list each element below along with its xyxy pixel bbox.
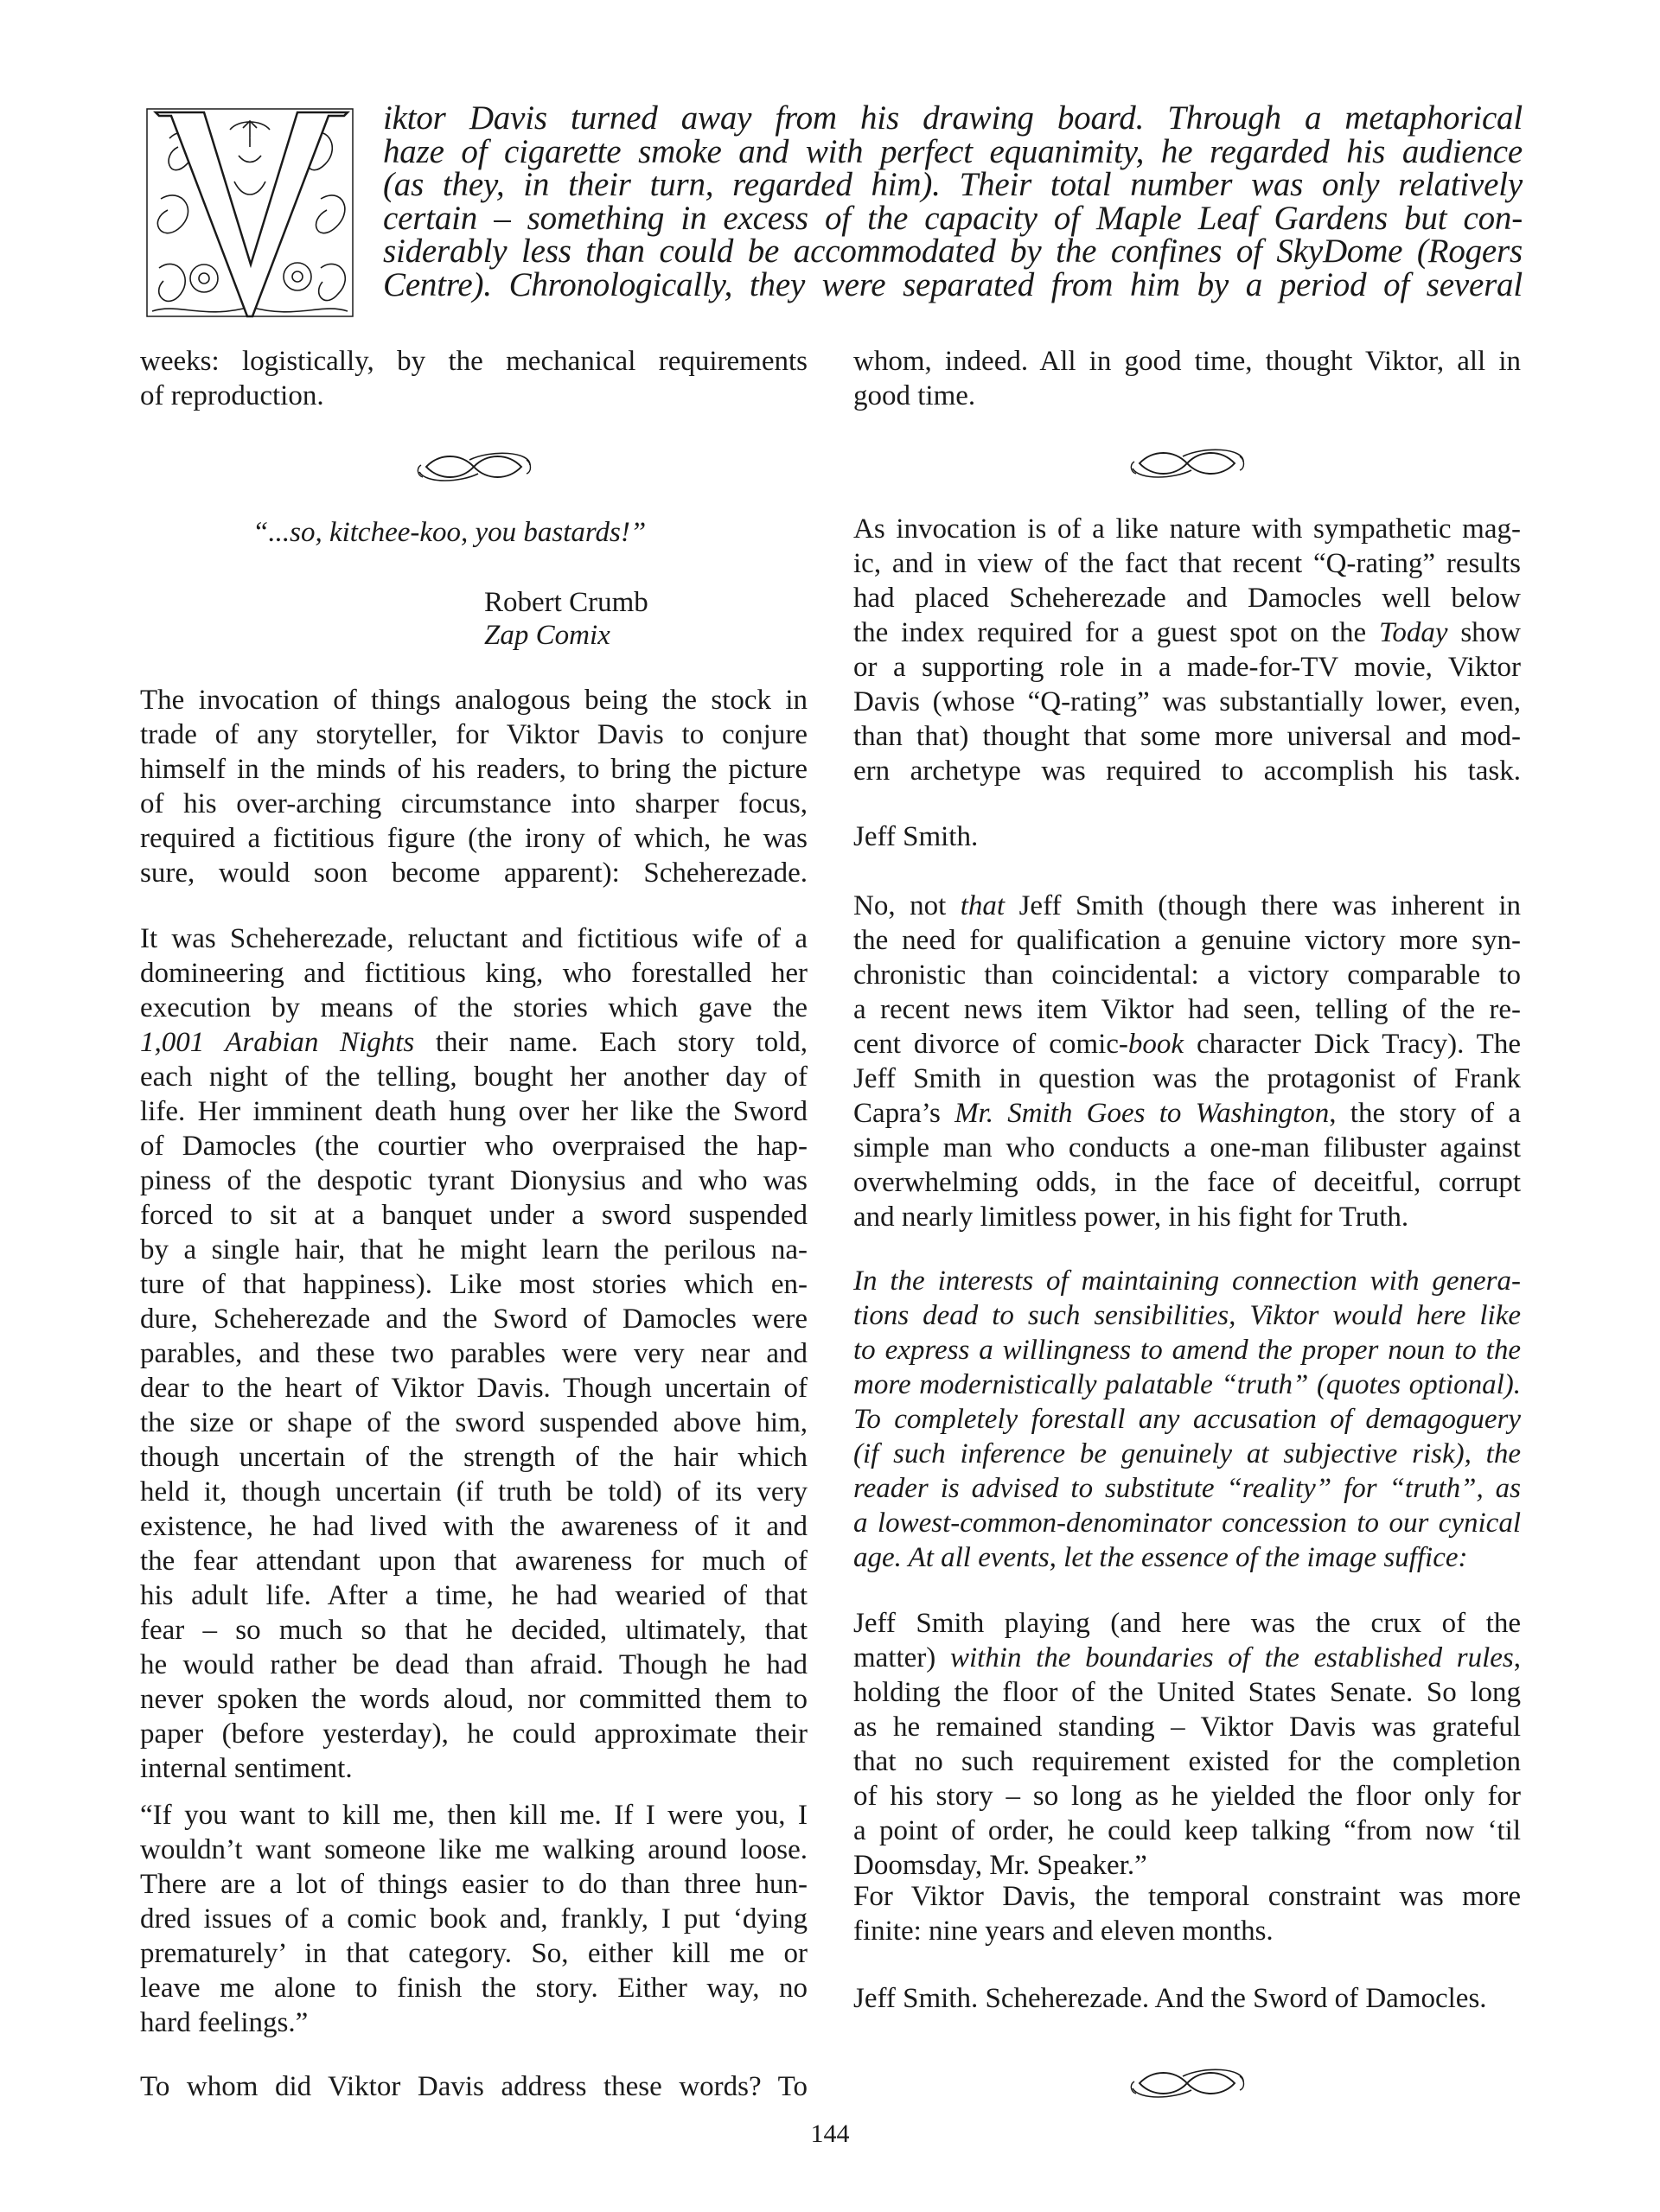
- text-line: leave me alone to finish the story. Eith…: [140, 1971, 808, 2005]
- lead-line: Centre). Chronologically, they were sepa…: [383, 269, 1523, 303]
- text-line: had placed Scheherezade and Damocles wel…: [853, 581, 1521, 615]
- right-p7: For Viktor Davis, the temporal constrain…: [853, 1879, 1521, 1948]
- emphasis: within the boundaries of the established…: [950, 1642, 1514, 1673]
- text-line: simple man who conducts a one-man filibu…: [853, 1131, 1521, 1165]
- text-line: To whom did Viktor Davis address these w…: [140, 2069, 808, 2104]
- svg-text:V: V: [250, 137, 251, 139]
- text-line: himself in the minds of his readers, to …: [140, 752, 808, 787]
- text-line: There are a lot of things easier to do t…: [140, 1867, 808, 1902]
- text-line: than that) thought that some more univer…: [853, 719, 1521, 754]
- epigraph-attribution: Robert Crumb Zap Comix: [484, 586, 795, 652]
- text-line: as he remained standing – Viktor Davis w…: [853, 1710, 1521, 1744]
- text-line: held it, though uncertain (if truth be t…: [140, 1475, 808, 1509]
- text-line: a lowest-common-denominator concession t…: [853, 1506, 1521, 1540]
- emphasis: book: [1128, 1029, 1184, 1060]
- text-line: he would rather be dead than afraid. Tho…: [140, 1648, 808, 1682]
- text-fragment: their name. Each story told,: [436, 1027, 808, 1058]
- text-line: overwhelming odds, in the face of deceit…: [853, 1165, 1521, 1200]
- text-line: cent divorce of comic-book character Dic…: [853, 1027, 1521, 1061]
- epigraph-quote: “...so, kitchee-koo, you bastards!”: [252, 517, 858, 549]
- text-fragment: matter): [853, 1642, 950, 1673]
- text-line: and nearly limitless power, in his fight…: [853, 1200, 1521, 1234]
- lead-line: (as they, in their turn, regarded him). …: [383, 169, 1523, 202]
- text-line: of his story – so long as he yielded the…: [853, 1779, 1521, 1814]
- left-p3: It was Scheherezade, reluctant and ficti…: [140, 921, 808, 1786]
- text-line: hard feelings.”: [140, 2005, 808, 2040]
- left-p5: To whom did Viktor Davis address these w…: [140, 2069, 808, 2104]
- text-fragment: Capra’s: [853, 1098, 954, 1129]
- text-line: dear to the heart of Viktor Davis. Thoug…: [140, 1371, 808, 1406]
- text-line: the index required for a guest spot on t…: [853, 615, 1521, 650]
- text-line: a recent news item Viktor had seen, tell…: [853, 992, 1521, 1027]
- text-line: each night of the telling, bought her an…: [140, 1060, 808, 1094]
- book-title: 1,001 Arabian Nights: [140, 1027, 414, 1058]
- text-line: “If you want to kill me, then kill me. I…: [140, 1798, 808, 1833]
- lead-line: certain – something in excess of the cap…: [383, 202, 1523, 236]
- right-p6: Jeff Smith playing (and here was the cru…: [853, 1606, 1521, 1883]
- text-line: by a single hair, that he might learn th…: [140, 1233, 808, 1267]
- text-line: forced to sit at a banquet under a sword…: [140, 1198, 808, 1233]
- text-line: of Damocles (the courtier who overpraise…: [140, 1129, 808, 1163]
- text-line: age. At all events, let the essence of t…: [853, 1540, 1521, 1575]
- text-fragment: Jeff Smith (though there was inherent in: [1005, 890, 1521, 921]
- text-line: No, not that Jeff Smith (though there wa…: [853, 889, 1521, 923]
- text-line: As invocation is of a like nature with s…: [853, 512, 1521, 546]
- right-p8: Jeff Smith. Scheherezade. And the Sword …: [853, 1981, 1521, 2016]
- text-line: 1,001 Arabian Nights their name. Each st…: [140, 1025, 808, 1060]
- text-line: or a supporting role in a made-for-TV mo…: [853, 650, 1521, 685]
- text-line: that no such requirement existed for the…: [853, 1744, 1521, 1779]
- text-line: life. Her imminent death hung over her l…: [140, 1094, 808, 1129]
- text-fragment: character Dick Tracy). The: [1184, 1029, 1521, 1060]
- text-line: the size or shape of the sword suspended…: [140, 1406, 808, 1440]
- text-line: domineering and fictitious king, who for…: [140, 956, 808, 991]
- text-line: It was Scheherezade, reluctant and ficti…: [140, 921, 808, 956]
- text-line: finite: nine years and eleven months.: [853, 1914, 1521, 1948]
- text-line: of his over-arching circumstance into sh…: [140, 787, 808, 821]
- left-p1: weeks: logistically, by the mechanical r…: [140, 344, 808, 413]
- text-line: prematurely’ in that category. So, eithe…: [140, 1936, 808, 1971]
- text-line: the fear attendant upon that awareness f…: [140, 1544, 808, 1578]
- right-p3: Jeff Smith.: [853, 819, 1521, 854]
- text-line: To completely forestall any accusation o…: [853, 1402, 1521, 1437]
- text-fragment: No, not: [853, 890, 961, 921]
- text-line: ture of that happiness). Like most stori…: [140, 1267, 808, 1302]
- text-line: fear – so much so that he decided, ultim…: [140, 1613, 808, 1648]
- text-line: wouldn’t want someone like me walking ar…: [140, 1833, 808, 1867]
- text-fragment: cent divorce of comic-: [853, 1029, 1128, 1060]
- text-line: holding the floor of the United States S…: [853, 1675, 1521, 1710]
- text-line: Davis (whose “Q-rating” was substantiall…: [853, 685, 1521, 719]
- text-line: though uncertain of the strength of the …: [140, 1440, 808, 1475]
- lead-line: haze of cigarette smoke and with perfect…: [383, 136, 1523, 169]
- text-line: weeks: logistically, by the mechanical r…: [140, 344, 808, 379]
- text-line: the need for qualification a genuine vic…: [853, 923, 1521, 958]
- text-line: tions dead to such sensibilities, Viktor…: [853, 1298, 1521, 1333]
- text-line: ic, and in view of the fact that recent …: [853, 546, 1521, 581]
- lead-line: siderably less than could be accommodate…: [383, 235, 1523, 269]
- text-line: Jeff Smith playing (and here was the cru…: [853, 1606, 1521, 1641]
- text-line: paper (before yesterday), he could appro…: [140, 1717, 808, 1751]
- text-line: never spoken the words aloud, nor commit…: [140, 1682, 808, 1717]
- text-line: dure, Scheherezade and the Sword of Damo…: [140, 1302, 808, 1336]
- text-line: execution by means of the stories which …: [140, 991, 808, 1025]
- film-title: Mr. Smith Goes to Washington: [954, 1098, 1329, 1129]
- text-line: Capra’s Mr. Smith Goes to Washington, th…: [853, 1096, 1521, 1131]
- right-p2: As invocation is of a like nature with s…: [853, 512, 1521, 788]
- text-line: dred issues of a comic book and, frankly…: [140, 1902, 808, 1936]
- text-line: reader is advised to substitute “reality…: [853, 1471, 1521, 1506]
- text-line: Jeff Smith in question was the protagoni…: [853, 1061, 1521, 1096]
- text-line: internal sentiment.: [140, 1751, 808, 1786]
- emphasis: that: [961, 890, 1005, 921]
- text-line: matter) within the boundaries of the est…: [853, 1641, 1521, 1675]
- text-line: Jeff Smith. Scheherezade. And the Sword …: [853, 1981, 1521, 2016]
- right-p5-italic: In the interests of maintaining connecti…: [853, 1264, 1521, 1575]
- text-line: piness of the despotic tyrant Dionysius …: [140, 1163, 808, 1198]
- text-line: Doomsday, Mr. Speaker.”: [853, 1848, 1521, 1883]
- text-line: a point of order, he could keep talking …: [853, 1814, 1521, 1848]
- text-fragment: ,: [1514, 1642, 1521, 1673]
- text-line: required a fictitious figure (the irony …: [140, 821, 808, 856]
- text-fragment: the index required for a guest spot on t…: [853, 617, 1366, 648]
- infinity-flourish-icon: [1122, 2064, 1252, 2102]
- text-line: his adult life. After a time, he had wea…: [140, 1578, 808, 1613]
- left-p2: The invocation of things analogous being…: [140, 683, 808, 890]
- text-line: to express a willingness to amend the pr…: [853, 1333, 1521, 1367]
- text-line: (if such inference be genuinely at subje…: [853, 1437, 1521, 1471]
- text-fragment: show: [1448, 617, 1522, 648]
- text-line: whom, indeed. All in good time, thought …: [853, 344, 1521, 379]
- text-line: more modernistically palatable “truth” (…: [853, 1367, 1521, 1402]
- show-title: Today: [1379, 617, 1447, 648]
- text-line: The invocation of things analogous being…: [140, 683, 808, 717]
- text-line: In the interests of maintaining connecti…: [853, 1264, 1521, 1298]
- text-line: of reproduction.: [140, 379, 808, 413]
- epigraph-source: Zap Comix: [484, 619, 795, 652]
- drop-cap-v: V: [144, 104, 356, 322]
- text-line: ern archetype was required to accomplish…: [853, 754, 1521, 788]
- page-number: 144: [0, 2120, 1660, 2149]
- text-line: chronistic than coincidental: a victory …: [853, 958, 1521, 992]
- text-line: existence, he had lived with the awarene…: [140, 1509, 808, 1544]
- text-line: parables, and these two parables were ve…: [140, 1336, 808, 1371]
- text-line: For Viktor Davis, the temporal constrain…: [853, 1879, 1521, 1914]
- infinity-flourish-icon: [409, 448, 539, 486]
- right-p1: whom, indeed. All in good time, thought …: [853, 344, 1521, 413]
- epigraph-author: Robert Crumb: [484, 586, 795, 619]
- lead-paragraph: iktor Davis turned away from his drawing…: [383, 102, 1523, 303]
- text-line: trade of any storyteller, for Viktor Dav…: [140, 717, 808, 752]
- text-line: Jeff Smith.: [853, 819, 1521, 854]
- text-fragment: , the story of a: [1329, 1098, 1521, 1129]
- text-line: good time.: [853, 379, 1521, 413]
- ornamental-initial-icon: V: [144, 104, 356, 322]
- text-line: sure, would soon become apparent): Scheh…: [140, 856, 808, 890]
- right-p4: No, not that Jeff Smith (though there wa…: [853, 889, 1521, 1234]
- left-p4: “If you want to kill me, then kill me. I…: [140, 1798, 808, 2040]
- infinity-flourish-icon: [1122, 444, 1252, 482]
- lead-line: iktor Davis turned away from his drawing…: [383, 102, 1523, 136]
